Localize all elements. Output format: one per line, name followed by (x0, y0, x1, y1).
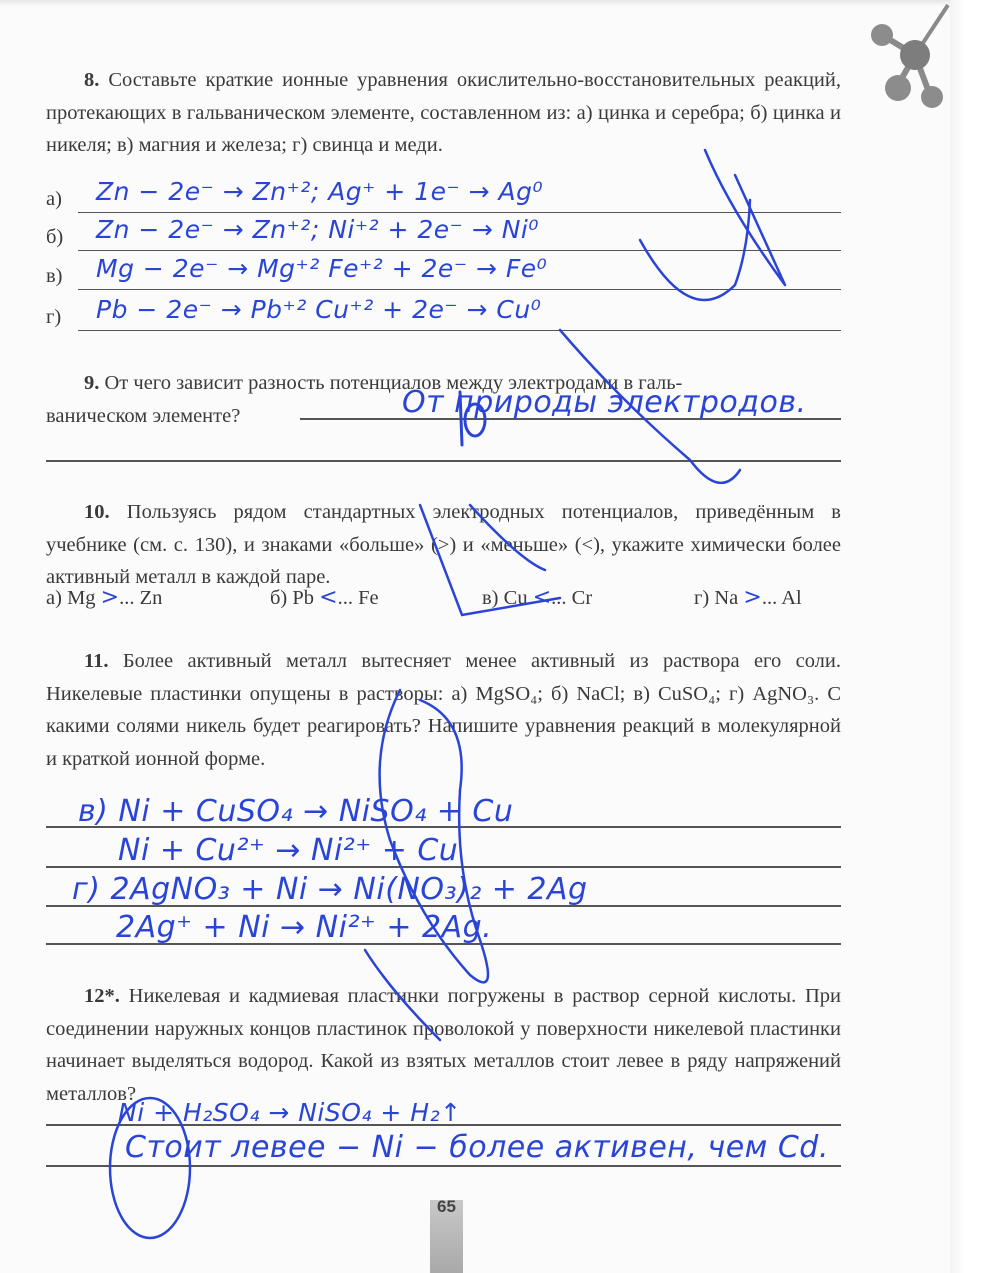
task-text: Никелевая и кадмиевая пластинки погружен… (46, 985, 841, 1105)
pair-v[interactable]: в) Cu <... Cr (482, 585, 592, 610)
task-number: 11. (84, 650, 109, 672)
answer-line[interactable] (46, 1124, 841, 1126)
pair-b[interactable]: б) Pb <... Fe (270, 585, 379, 610)
comparison-mark: > (743, 585, 761, 610)
handwritten-answer: Ni + Cu²⁺ → Ni²⁺ + Cu (118, 833, 458, 868)
answer-line[interactable] (46, 866, 841, 868)
comparison-mark: < (533, 585, 551, 610)
task-text: Пользуясь рядом стандартных электродных … (46, 501, 841, 588)
answer-line[interactable] (46, 905, 841, 907)
task-number: 8. (84, 69, 99, 91)
task-number: 10. (84, 501, 110, 523)
scan-top-edge (0, 0, 1000, 6)
comparison-mark: < (319, 585, 337, 610)
task-text: Более активный металл вытесняет менее ак… (46, 650, 841, 770)
answer-label: а) (46, 188, 62, 211)
handwritten-answer: Pb − 2e⁻ → Pb⁺² Cu⁺² + 2e⁻ → Cu⁰ (96, 295, 541, 324)
page-number: 65 (430, 1197, 463, 1217)
handwritten-answer: г) 2AgNO₃ + Ni → Ni(NO₃)₂ + 2Ag (72, 872, 588, 907)
answer-line-v[interactable]: в) Mg − 2e⁻ → Mg⁺² Fe⁺² + 2e⁻ → Fe⁰ (46, 252, 841, 292)
pair-g[interactable]: г) Na >... Al (694, 585, 802, 610)
handwritten-answer: Ni + H₂SO₄ → NiSO₄ + H₂↑ (118, 1098, 462, 1127)
task-8: 8. Составьте краткие ионные уравнения ок… (46, 64, 841, 162)
handwritten-answer: От природы электродов. (402, 385, 807, 420)
answer-label: б) (46, 226, 63, 249)
task-12: 12*. Никелевая и кадмиевая пластинки пог… (46, 980, 841, 1110)
answer-line[interactable] (46, 826, 841, 828)
task-text: Составьте краткие ионные уравнения окисл… (46, 69, 841, 156)
page-edge-shadow (950, 0, 1000, 1273)
handwritten-answer: 2Ag⁺ + Ni → Ni²⁺ + 2Ag. (116, 910, 492, 945)
answer-label: г) (46, 306, 61, 329)
molecule-icon (860, 0, 950, 120)
task-number: 9. (84, 372, 99, 394)
task-text: ваническом элементе? (46, 405, 240, 427)
answer-line-b[interactable]: б) Zn − 2e⁻ → Zn⁺²; Ni⁺² + 2e⁻ → Ni⁰ (46, 213, 841, 253)
answer-line[interactable] (46, 460, 841, 462)
pair-a[interactable]: а) Mg >... Zn (46, 585, 162, 610)
handwritten-answer: в) Ni + CuSO₄ → NiSO₄ + Cu (78, 794, 513, 829)
handwritten-answer: Mg − 2e⁻ → Mg⁺² Fe⁺² + 2e⁻ → Fe⁰ (96, 254, 547, 283)
handwritten-answer: Стоит левее − Ni − более активен, чем Cd… (125, 1130, 829, 1165)
answer-line-g[interactable]: г) Pb − 2e⁻ → Pb⁺² Cu⁺² + 2e⁻ → Cu⁰ (46, 293, 841, 333)
comparison-mark: > (101, 585, 119, 610)
answer-label: в) (46, 265, 63, 288)
answer-line[interactable] (46, 943, 841, 945)
task-number: 12*. (84, 985, 120, 1007)
task-11: 11. Более активный металл вытесняет мене… (46, 645, 841, 775)
handwritten-answer: Zn − 2e⁻ → Zn⁺²; Ag⁺ + 1e⁻ → Ag⁰ (96, 177, 543, 206)
answer-line[interactable] (46, 1165, 841, 1167)
answer-line-a[interactable]: а) Zn − 2e⁻ → Zn⁺²; Ag⁺ + 1e⁻ → Ag⁰ (46, 175, 841, 215)
task-10: 10. Пользуясь рядом стандартных электрод… (46, 496, 841, 594)
handwritten-answer: Zn − 2e⁻ → Zn⁺²; Ni⁺² + 2e⁻ → Ni⁰ (96, 215, 539, 244)
